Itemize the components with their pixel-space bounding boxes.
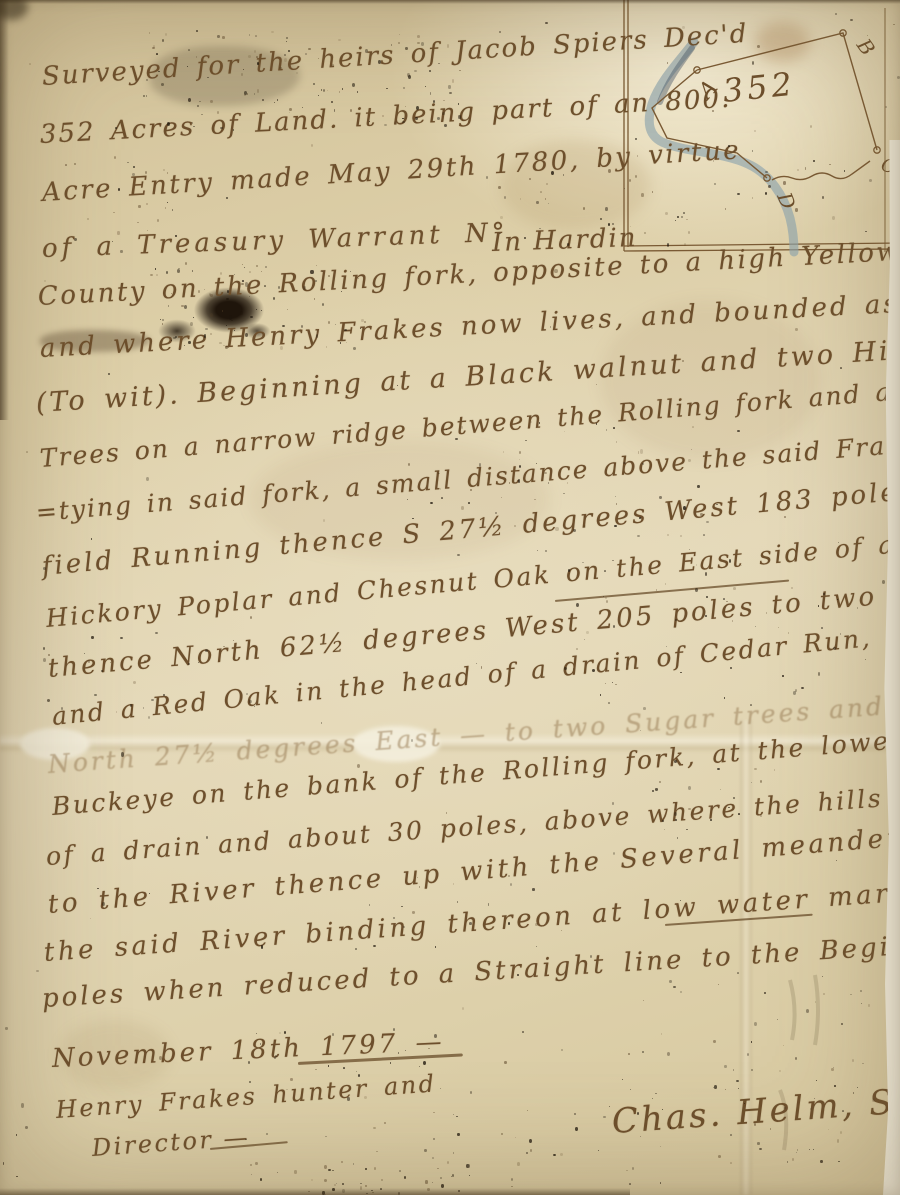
- scan-edge-bottom: [0, 1188, 630, 1195]
- scanned-survey-document: A B C D 352 Surveyed for the heirs of Ja…: [0, 0, 900, 1195]
- attestation-line-2: Director —: [91, 1123, 251, 1162]
- scan-edge-left: [0, 0, 9, 420]
- scan-edge-top: [0, 0, 900, 4]
- corner-label-b: B: [851, 33, 880, 60]
- bleedthrough-marks: [760, 970, 880, 1170]
- scan-corner-mark: [0, 0, 28, 20]
- page-fold-line: [884, 8, 886, 252]
- acreage-label: 352: [721, 65, 798, 110]
